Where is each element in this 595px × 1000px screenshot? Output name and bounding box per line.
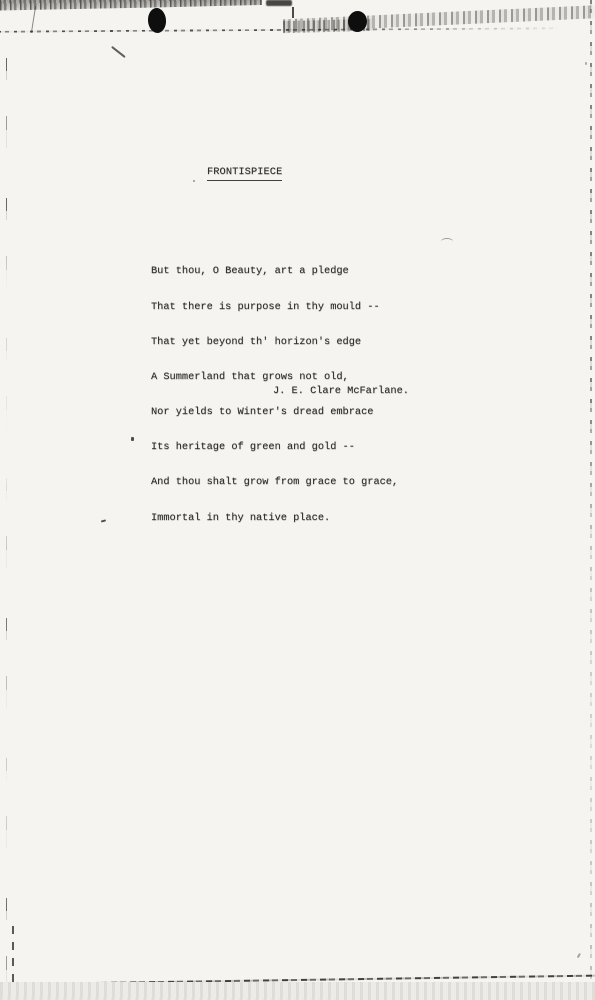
scan-speck <box>193 180 195 182</box>
poem-line: That yet beyond th' horizon's edge <box>151 337 398 349</box>
page-title: FRONTISPIECE <box>207 166 282 181</box>
stray-tick-mark <box>292 7 294 18</box>
top-left-scan-noise <box>0 0 262 11</box>
poem-line: Nor yields to Winter's dread embrace <box>151 407 398 419</box>
scan-speck <box>131 437 134 441</box>
top-page-edge-line <box>0 27 558 32</box>
scanned-page: FRONTISPIECE But thou, O Beauty, art a p… <box>0 0 595 1000</box>
poem-line: And thou shalt grow from grace to grace, <box>151 477 398 489</box>
right-page-edge-line <box>590 0 592 1000</box>
poem-attribution: J. E. Clare McFarlane. <box>273 385 409 397</box>
poem-line: That there is purpose in thy mould -- <box>151 302 398 314</box>
left-page-edge-line <box>6 58 8 988</box>
scan-curve-mark <box>441 238 453 245</box>
scan-speck <box>101 519 106 522</box>
left-page-edge-line-bottom <box>12 926 14 988</box>
poem-line: A Summerland that grows not old, <box>151 372 398 384</box>
scanner-background-strip <box>0 982 595 1000</box>
pen-stroke-mark <box>111 46 125 58</box>
scan-speck <box>577 953 581 958</box>
stray-diagonal-mark <box>31 6 37 33</box>
poem-line: Its heritage of green and gold -- <box>151 442 398 454</box>
ink-smudge <box>266 0 292 6</box>
scan-speck <box>585 62 587 65</box>
poem-line: Immortal in thy native place. <box>151 513 398 525</box>
poem-line: But thou, O Beauty, art a pledge <box>151 266 398 278</box>
